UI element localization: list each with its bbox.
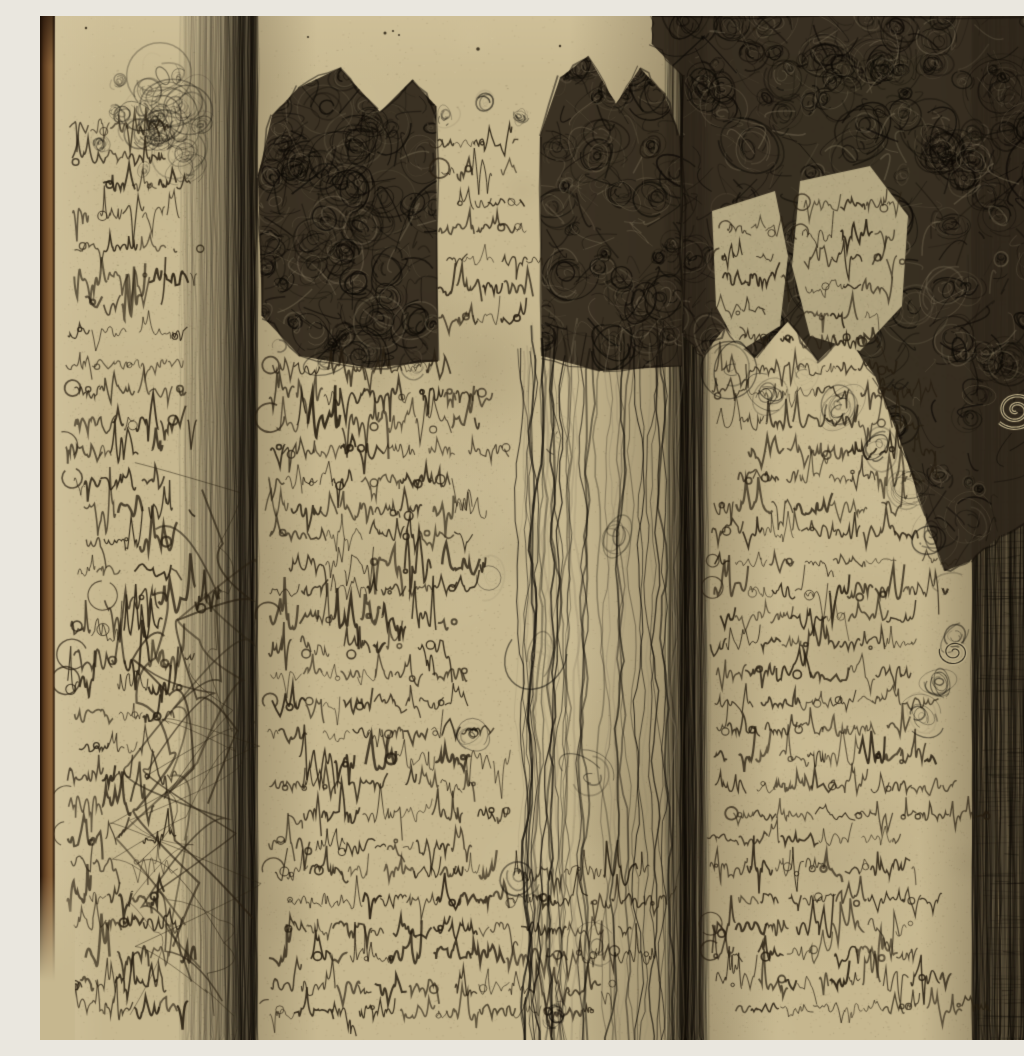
right-page-handwriting-block	[710, 361, 968, 1040]
left-spine-shadow-band	[183, 16, 258, 1040]
spiral-motif-lower	[938, 634, 974, 670]
left-page-handwriting-column	[68, 121, 193, 1036]
center-page-handwriting-block	[266, 361, 506, 871]
book-cover-edge-left	[40, 16, 55, 1040]
right-margin-hatch-band	[972, 16, 1024, 1040]
center-figure-etching-column	[506, 311, 684, 1040]
ear-spiral-motif	[992, 386, 1024, 436]
right-cartouche-text-patch	[712, 166, 912, 366]
manuscript-scan	[40, 16, 1024, 1040]
